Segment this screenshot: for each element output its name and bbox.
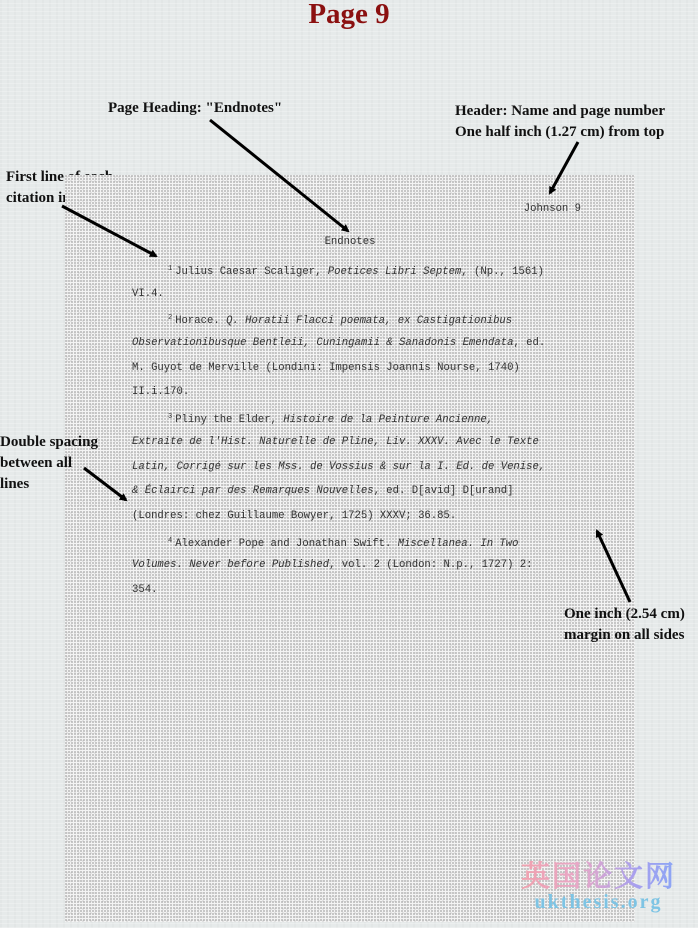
endnote-number: 4 [168,537,172,545]
endnote-text: , ed. D[avid] D[urand] [374,485,514,497]
annotation-spacing-3: lines [0,474,98,495]
endnote-first-line: 1Julius Caesar Scaliger, Poetices Libri … [132,262,592,287]
document-page: Johnson 9 Endnotes 1Julius Caesar Scalig… [65,175,635,922]
endnote-line: (Londres: chez Guillaume Bowyer, 1725) X… [132,509,592,534]
watermark-en: ukthesis.org [506,892,691,912]
endnote-title-text: Poetices Libri Septem [328,266,462,278]
endnote-line: Observationibusque Bentleii, Cuningamii … [132,336,592,361]
endnote-title-text: Latin, Corrigé sur les Mss. de Vossius &… [132,461,545,473]
endnote-text: 354. [132,584,157,596]
endnote-line: Extraite de l'Hist. Naturelle de Pline, … [132,435,592,460]
annotation-header-line2: One half inch (1.27 cm) from top [455,122,665,143]
endnote-line: & Éclairci par des Remarques Nouvelles, … [132,484,592,509]
endnote-text: (Londres: chez Guillaume Bowyer, 1725) X… [132,510,456,522]
endnote-text: Pliny the Elder, [175,414,283,426]
endnote-text: VI.4. [132,288,164,300]
page-title: Page 9 [0,0,698,31]
annotation-page-heading: Page Heading: "Endnotes" [108,98,282,119]
endnote-title-text: Histoire de la Peinture Ancienne, [283,414,493,426]
annotation-margin-2: margin on all sides [564,625,685,646]
annotation-header: Header: Name and page number One half in… [455,101,665,143]
watermark-cn: 英国论文网 [506,858,691,894]
annotation-spacing-1: Double spacing [0,432,98,453]
endnote-first-line: 4Alexander Pope and Jonathan Swift. Misc… [132,534,592,559]
endnote-line: Latin, Corrigé sur les Mss. de Vossius &… [132,460,592,485]
endnote-line: M. Guyot de Merville (Londini: Impensis … [132,361,592,386]
endnotes-heading: Endnotes [65,236,635,248]
annotation-spacing: Double spacing between all lines [0,432,98,495]
endnote-number: 1 [168,265,172,273]
endnote-line: VI.4. [132,287,592,312]
annotation-header-line1: Header: Name and page number [455,101,665,122]
endnotes-list: 1Julius Caesar Scaliger, Poetices Libri … [132,262,592,608]
endnote-text: , (Np., 1561) [461,266,544,278]
endnote-title-text: Q. Horatii Flacci poemata, ex Castigatio… [226,315,512,327]
endnote-text: Horace. [175,315,226,327]
endnote-title-text: Miscellanea. In Two [398,538,519,550]
endnote-text: , ed. [513,337,545,349]
endnote-text: II.i.170. [132,386,189,398]
endnote-text: Alexander Pope and Jonathan Swift. [175,538,398,550]
watermark: 英国论文网 ukthesis.org [506,858,691,912]
endnote-text: M. Guyot de Merville (Londini: Impensis … [132,362,520,374]
endnote-number: 3 [168,413,172,421]
endnote-line: Volumes. Never before Published, vol. 2 … [132,558,592,583]
annotation-margin: One inch (2.54 cm) margin on all sides [564,604,685,646]
endnote-first-line: 2Horace. Q. Horatii Flacci poemata, ex C… [132,311,592,336]
endnote-line: II.i.170. [132,385,592,410]
endnote-first-line: 3Pliny the Elder, Histoire de la Peintur… [132,410,592,435]
endnote-title-text: Observationibusque Bentleii, Cuningamii … [132,337,513,349]
endnote-text: , vol. 2 (London: N.p., 1727) 2: [329,559,532,571]
running-header: Johnson 9 [524,203,581,215]
annotation-spacing-2: between all [0,453,98,474]
endnote-title-text: Volumes. Never before Published [132,559,329,571]
annotation-margin-1: One inch (2.54 cm) [564,604,685,625]
endnote-title-text: Extraite de l'Hist. Naturelle de Pline, … [132,436,539,448]
endnote-text: Julius Caesar Scaliger, [175,266,328,278]
endnote-number: 2 [168,314,172,322]
endnote-line: 354. [132,583,592,608]
endnote-title-text: & Éclairci par des Remarques Nouvelles [132,485,374,497]
